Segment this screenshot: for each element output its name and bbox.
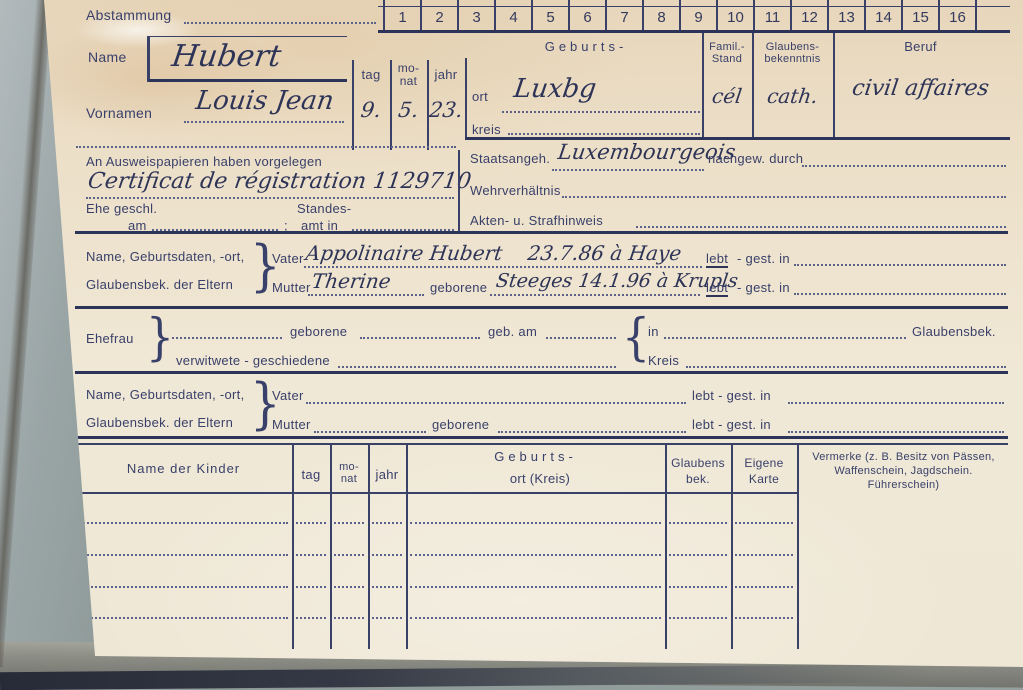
standesamt-label-1: Standes- bbox=[297, 202, 351, 216]
table-top-line-b bbox=[75, 443, 1008, 445]
ehefrau-geborene-line bbox=[360, 337, 480, 339]
vorgelegen-label: An Ausweispapieren haben vorgelegen bbox=[86, 155, 322, 169]
nachgew-line bbox=[802, 165, 1006, 167]
mutter-geborene-line bbox=[490, 294, 700, 296]
parents-label-2: Glaubensbek. der Eltern bbox=[86, 278, 233, 292]
abstammung-label: Abstammung bbox=[86, 8, 171, 22]
familstand-value: cél bbox=[701, 86, 754, 106]
glaubens-label-2: bekenntnis bbox=[752, 52, 833, 66]
number-row-bottom-line bbox=[378, 30, 1010, 33]
children-glaubens-header-1: Glaubens bbox=[665, 456, 731, 470]
parents-label-1: Name, Geburtsdaten, -ort, bbox=[86, 250, 245, 264]
children-vermerke-header-3: Führerschein) bbox=[799, 478, 1008, 492]
akten-line bbox=[636, 226, 1006, 228]
vater-gest-label: - gest. in bbox=[737, 252, 790, 266]
name-box-left bbox=[147, 36, 150, 82]
kreis-line bbox=[508, 133, 700, 135]
mutter-gest-label: - gest. in bbox=[737, 281, 790, 295]
geburts-header: Geburts- bbox=[470, 40, 702, 54]
column-number-13: 13 bbox=[827, 0, 864, 31]
scanned-registration-card: Abstammung 1 2 3 4 5 6 7 8 9 10 11 12 13… bbox=[0, 0, 1023, 684]
section-line-3 bbox=[75, 371, 1008, 374]
name-box-bottom bbox=[149, 79, 347, 82]
children-eigene-header-2: Karte bbox=[731, 472, 797, 486]
mutter-geborene-label: geborene bbox=[430, 281, 487, 295]
akten-label: Akten- u. Strafhinweis bbox=[470, 214, 603, 228]
monat-label-2: nat bbox=[390, 74, 427, 88]
beruf-value: civil affaires bbox=[831, 78, 1009, 100]
vater-gest-line bbox=[794, 264, 1006, 266]
glaubensbek-label: Glaubensbek. bbox=[912, 325, 996, 339]
registration-card: Abstammung 1 2 3 4 5 6 7 8 9 10 11 12 13… bbox=[0, 0, 1023, 684]
parents2-label-1: Name, Geburtsdaten, -ort, bbox=[86, 388, 245, 402]
parents2-geborene-line bbox=[498, 431, 686, 433]
staatsangeh-label: Staatsangeh. bbox=[470, 152, 550, 166]
parents2-vater-line bbox=[306, 402, 686, 404]
children-vermerke-header-1: Vermerke (z. B. Besitz von Pässen, bbox=[799, 450, 1008, 464]
glaubens-value: cath. bbox=[751, 86, 835, 106]
in-label: in bbox=[648, 325, 659, 339]
ehefrau-kreis-label: Kreis bbox=[648, 354, 679, 368]
ort-value: Luxbg bbox=[512, 76, 598, 102]
column-number-7: 7 bbox=[605, 0, 642, 31]
papers-divider-line bbox=[458, 150, 460, 232]
ehefrau-kreis-line bbox=[686, 366, 1006, 368]
parents2-vater-gest-line bbox=[788, 402, 1004, 404]
column-number-3: 3 bbox=[457, 0, 494, 31]
column-number-2: 2 bbox=[420, 0, 457, 31]
parents2-mutter-line bbox=[314, 431, 426, 433]
ort-line bbox=[502, 111, 700, 113]
name-label: Name bbox=[88, 50, 127, 64]
vater-label: Vater bbox=[272, 252, 304, 266]
beruf-label: Beruf bbox=[833, 40, 1008, 54]
children-name-header: Name der Kinder bbox=[75, 462, 292, 476]
name-box-top bbox=[147, 36, 347, 37]
wehrverhaeltnis-label: Wehrverhältnis bbox=[470, 184, 561, 198]
vornamen-label: Vornamen bbox=[86, 106, 152, 120]
parents2-mutter-lebt-label: lebt - gest. in bbox=[692, 418, 771, 432]
geburt-col-line bbox=[465, 58, 467, 138]
column-number-14: 14 bbox=[864, 0, 901, 31]
jahr-value: 23. bbox=[426, 100, 467, 121]
column-number-12: 12 bbox=[790, 0, 827, 31]
column-number-1: 1 bbox=[383, 0, 420, 31]
children-monat-header-2: nat bbox=[330, 472, 368, 486]
identity-left-bottom-line bbox=[76, 146, 456, 148]
ort-label: ort bbox=[472, 90, 488, 104]
children-vermerke-header-2: Waffenschein, Jagdschein. bbox=[799, 464, 1008, 478]
wehrverhaeltnis-line bbox=[562, 196, 1006, 198]
in-line bbox=[664, 337, 906, 339]
geb-am-line bbox=[546, 337, 616, 339]
jahr-label: jahr bbox=[427, 68, 465, 82]
column-number-9: 9 bbox=[679, 0, 716, 31]
ehefrau-label: Ehefrau bbox=[86, 332, 134, 346]
tag-value: 9. bbox=[351, 100, 392, 121]
section-line-2 bbox=[75, 306, 1008, 309]
table-col-line-4 bbox=[406, 445, 408, 649]
children-ort-header: ort (Kreis) bbox=[440, 472, 640, 486]
mutter-geborene-value: Steeges 14.1.96 à Krupls bbox=[495, 272, 739, 291]
column-number-15: 15 bbox=[901, 0, 938, 31]
verwitwete-line bbox=[338, 366, 616, 368]
column-number-10: 10 bbox=[716, 0, 753, 31]
identity-right-bottom-line bbox=[465, 137, 1010, 140]
column-number-16: 16 bbox=[938, 0, 975, 31]
parents2-mutter-gest-line bbox=[788, 431, 1004, 433]
parents2-mutter-label: Mutter bbox=[272, 418, 311, 432]
mutter-lebt-label: lebt bbox=[706, 281, 728, 297]
geb-am-label: geb. am bbox=[488, 325, 537, 339]
kreis-label: kreis bbox=[472, 123, 501, 137]
ehefrau-geborene-label: geborene bbox=[290, 325, 347, 339]
column-number-5: 5 bbox=[531, 0, 568, 31]
parents2-vater-label: Vater bbox=[272, 389, 304, 403]
vornamen-line bbox=[184, 121, 344, 123]
parents2-vater-lebt-label: lebt - gest. in bbox=[692, 389, 771, 403]
ehefrau-name-line bbox=[172, 337, 282, 339]
vater-line bbox=[304, 266, 702, 268]
name-value: Hubert bbox=[170, 42, 283, 72]
ehefrau-right-brace: { bbox=[622, 313, 650, 364]
table-header-underline bbox=[75, 492, 797, 494]
vater-lebt-label: lebt bbox=[706, 252, 728, 268]
mutter-label: Mutter bbox=[272, 281, 311, 295]
vornamen-value: Louis Jean bbox=[194, 88, 335, 114]
children-geburts-header: Geburts- bbox=[406, 450, 665, 464]
tag-label: tag bbox=[352, 68, 390, 82]
monat-value: 5. bbox=[389, 100, 429, 121]
staatsangeh-line bbox=[552, 169, 704, 171]
verwitwete-label: verwitwete - geschiedene bbox=[176, 354, 330, 368]
children-tag-header: tag bbox=[292, 468, 330, 482]
children-glaubens-header-2: bek. bbox=[665, 472, 731, 486]
mutter-value: Therine bbox=[311, 271, 393, 291]
nachgew-label: nachgew. durch bbox=[708, 152, 803, 166]
parents2-geborene-label: geborene bbox=[432, 418, 489, 432]
ehe-geschl-label: Ehe geschl. bbox=[86, 202, 157, 216]
abstammung-blank-line bbox=[184, 22, 376, 24]
children-jahr-header: jahr bbox=[368, 468, 406, 482]
section-line-1 bbox=[75, 231, 1008, 234]
column-number-11: 11 bbox=[753, 0, 790, 31]
vater-value: Appolinaire Hubert 23.7.86 à Haye bbox=[305, 243, 683, 263]
children-eigene-header-1: Eigene bbox=[731, 456, 797, 470]
vorgelegen-value: Certificat de régistration 1129710 bbox=[86, 171, 472, 193]
ehefrau-brace: } bbox=[146, 313, 174, 364]
vorgelegen-line bbox=[86, 197, 454, 199]
column-number-4: 4 bbox=[494, 0, 531, 31]
parents2-label-2: Glaubensbek. der Eltern bbox=[86, 416, 233, 430]
number-row-end-line bbox=[975, 0, 977, 31]
table-top-line-a bbox=[75, 436, 1008, 439]
mutter-line bbox=[308, 294, 424, 296]
column-number-8: 8 bbox=[642, 0, 679, 31]
familstand-label-2: Stand bbox=[702, 52, 752, 66]
column-number-6: 6 bbox=[568, 0, 605, 31]
mutter-gest-line bbox=[794, 293, 1006, 295]
card-left-edge-shadow bbox=[0, 0, 52, 667]
monat-label-1: mo- bbox=[390, 61, 427, 75]
